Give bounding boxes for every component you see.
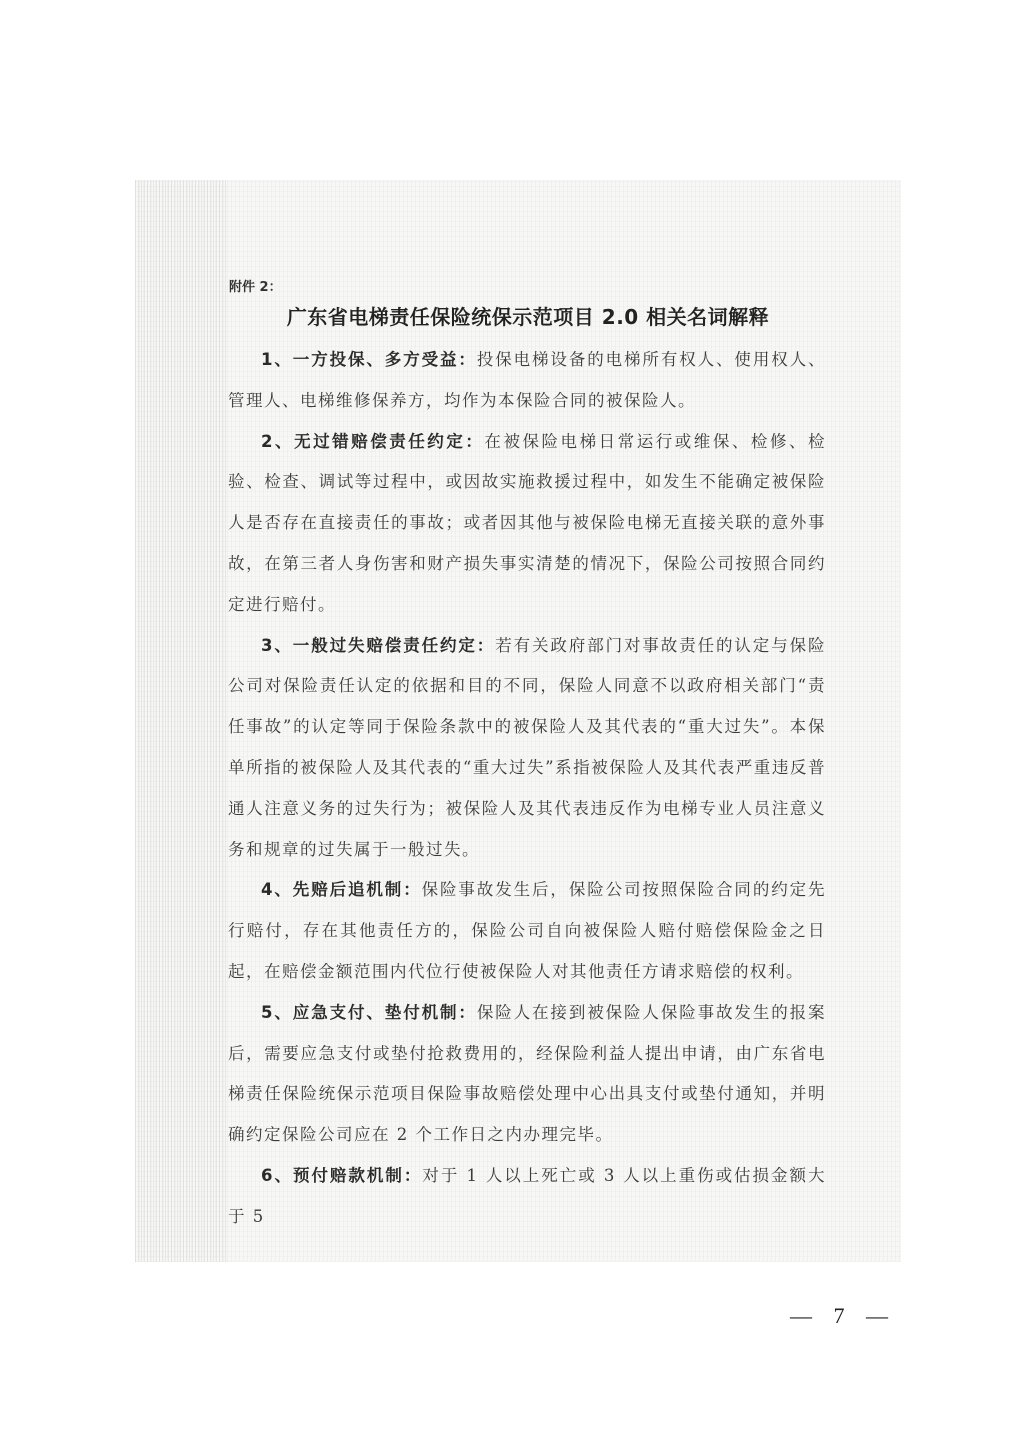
- page-number: — 7 —: [790, 1303, 896, 1329]
- document-title: 广东省电梯责任保险统保示范项目 2.0 相关名词解释: [230, 301, 826, 330]
- term-number: 6、: [261, 1166, 293, 1185]
- term-heading: 一般过失赔偿责任约定：: [293, 636, 495, 655]
- term-heading: 无过错赔偿责任约定：: [294, 432, 484, 451]
- term-number: 1、: [261, 350, 293, 369]
- term-heading: 一方投保、多方受益：: [293, 350, 477, 369]
- attachment-label: 附件 2：: [229, 276, 282, 295]
- term-number: 2、: [261, 432, 294, 451]
- paragraph-4: 4、先赔后追机制：保险事故发生后，保险公司按照保险合同的约定先行赔付，存在其他责…: [228, 870, 826, 992]
- term-heading: 先赔后追机制：: [293, 880, 422, 899]
- term-heading: 应急支付、垫付机制：: [293, 1003, 477, 1022]
- paragraph-6: 6、预付赔款机制：对于 1 人以上死亡或 3 人以上重伤或估损金额大于 5: [228, 1156, 826, 1238]
- term-number: 4、: [261, 880, 293, 899]
- term-definition: 在被保险电梯日常运行或维保、检修、检验、检查、调试等过程中，或因故实施救援过程中…: [228, 432, 826, 614]
- paragraph-3: 3、一般过失赔偿责任约定：若有关政府部门对事故责任的认定与保险公司对保险责任认定…: [228, 626, 826, 871]
- term-number: 5、: [261, 1003, 293, 1022]
- term-definition: 若有关政府部门对事故责任的认定与保险公司对保险责任认定的依据和目的不同，保险人同…: [228, 636, 826, 859]
- term-number: 3、: [261, 636, 293, 655]
- term-definition: 保险人在接到被保险人保险事故发生的报案后，需要应急支付或垫付抢救费用的，经保险利…: [228, 1003, 826, 1144]
- paragraph-2: 2、无过错赔偿责任约定：在被保险电梯日常运行或维保、检修、检验、检查、调试等过程…: [228, 422, 826, 626]
- paragraph-1: 1、一方投保、多方受益：投保电梯设备的电梯所有权人、使用权人、管理人、电梯维修保…: [228, 340, 826, 422]
- paragraph-5: 5、应急支付、垫付机制：保险人在接到被保险人保险事故发生的报案后，需要应急支付或…: [228, 993, 826, 1156]
- document-body: 1、一方投保、多方受益：投保电梯设备的电梯所有权人、使用权人、管理人、电梯维修保…: [228, 340, 826, 1238]
- term-heading: 预付赔款机制：: [293, 1166, 422, 1185]
